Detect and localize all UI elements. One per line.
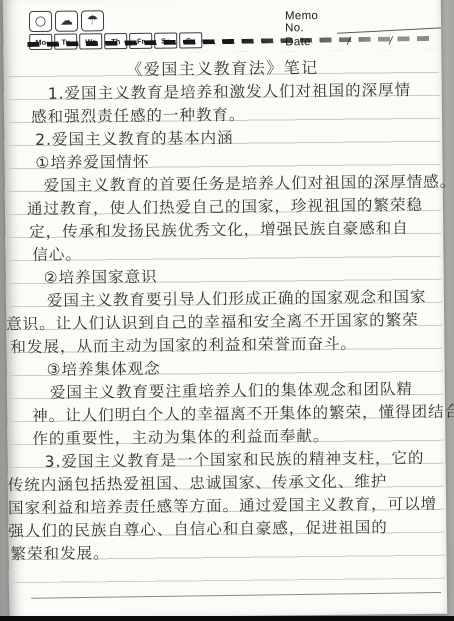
note-line: 意识。让人们认识到自己的幸福和安全离不开国家的繁荣 [6,309,444,337]
note-title: 《爱国主义教育法》笔记 [3,54,441,82]
note-body: 1.爱国主义教育是培养和激发人们对祖国的深厚情感和强烈责任感的一种教育。2.爱国… [4,79,447,567]
memo-photo: ○☁☂ MoTuWeThFrSaSu Memo No. Date / / 《爱国… [0,0,454,621]
note-line: 神。让人们明白个人的幸福离不开集体的繁荣，懂得团结合 [7,401,445,429]
note-line: 1.爱国主义教育是培养和激发人们对祖国的深厚情 [4,79,442,107]
handwritten-note: 《爱国主义教育法》笔记 1.爱国主义教育是培养和激发人们对祖国的深厚情感和强烈责… [3,0,447,618]
note-line: 繁荣和发展。 [8,539,446,567]
note-line: 定，传承和发扬民族优秀文化，增强民族自豪感和自 [5,217,443,245]
note-line: 强人们的民族自尊心、自信心和自豪感，促进祖国的 [8,516,446,544]
photo-edge [0,616,454,621]
memo-paper: ○☁☂ MoTuWeThFrSaSu Memo No. Date / / 《爱国… [3,0,447,618]
